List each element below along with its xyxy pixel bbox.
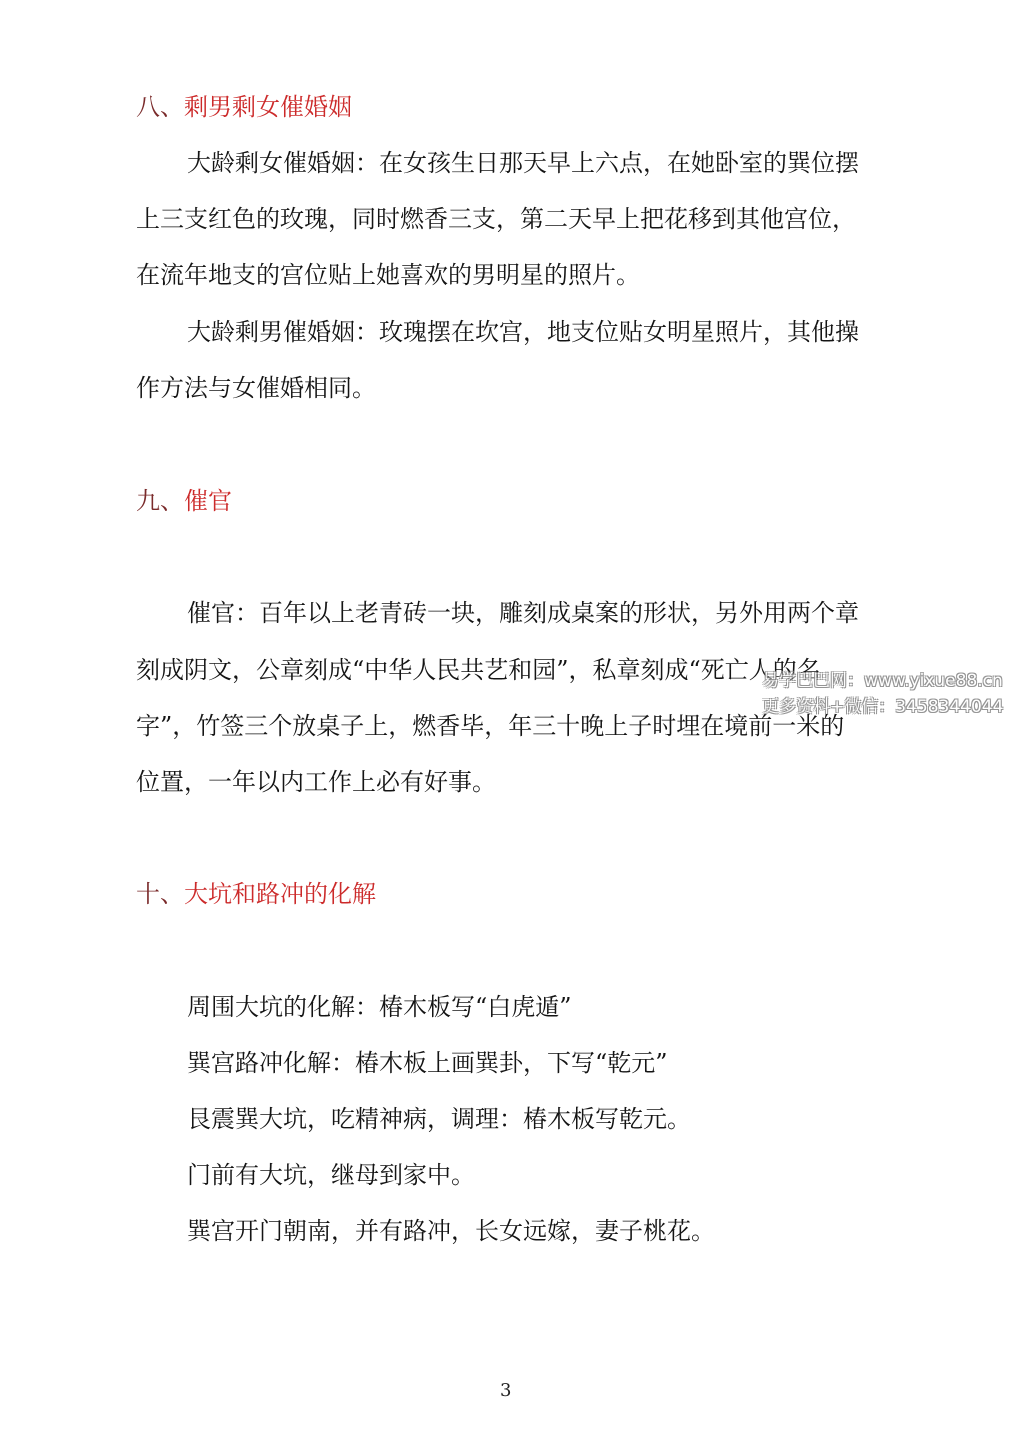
list-line: 艮震巽大坑，吃精神病，调理：椿木板写乾元。 (187, 1104, 691, 1134)
section-title: 催官 (184, 487, 232, 515)
list-line: 门前有大坑，继母到家中。 (187, 1160, 475, 1190)
paragraph-line: 在流年地支的宫位贴上她喜欢的男明星的照片。 (136, 260, 640, 290)
page-number: 3 (500, 1380, 511, 1402)
paragraph-line: 催官：百年以上老青砖一块，雕刻成桌案的形状，另外用两个章 (187, 598, 859, 628)
document-page: 八、剩男剩女催婚姻 大龄剩女催婚姻：在女孩生日那天早上六点，在她卧室的巽位摆 上… (0, 0, 1018, 1440)
section-heading-10: 十、大坑和路冲的化解 (136, 879, 376, 909)
list-line: 巽宫开门朝南，并有路冲，长女远嫁，妻子桃花。 (187, 1216, 715, 1246)
section-number: 九、 (136, 487, 184, 515)
paragraph-line: 刻成阴文，公章刻成“中华人民共艺和园”，私章刻成“死亡人的名 (136, 655, 821, 685)
paragraph-line: 字”，竹签三个放桌子上，燃香毕，年三十晚上子时埋在境前一米的 (136, 711, 844, 741)
list-line: 巽宫路冲化解：椿木板上画巽卦，下写“乾元” (187, 1048, 668, 1078)
section-title: 剩男剩女催婚姻 (184, 93, 352, 121)
watermark-site: 易学巴巴网：www.yixue88.cn (762, 670, 1003, 692)
section-heading-8: 八、剩男剩女催婚姻 (136, 92, 352, 122)
paragraph-line: 大龄剩女催婚姻：在女孩生日那天早上六点，在她卧室的巽位摆 (187, 148, 859, 178)
section-title: 大坑和路冲的化解 (184, 880, 376, 908)
watermark-wechat: 更多资料+微信：3458344044 (762, 696, 1003, 718)
section-heading-9: 九、催官 (136, 486, 232, 516)
list-line: 周围大坑的化解：椿木板写“白虎遁” (187, 992, 572, 1022)
paragraph-line: 上三支红色的玫瑰，同时燃香三支，第二天早上把花移到其他宫位， (136, 204, 856, 234)
section-number: 十、 (136, 880, 184, 908)
paragraph-line: 位置，一年以内工作上必有好事。 (136, 767, 496, 797)
section-number: 八、 (136, 93, 184, 121)
paragraph-line: 作方法与女催婚相同。 (136, 373, 376, 403)
paragraph-line: 大龄剩男催婚姻：玫瑰摆在坎宫，地支位贴女明星照片，其他操 (187, 317, 859, 347)
